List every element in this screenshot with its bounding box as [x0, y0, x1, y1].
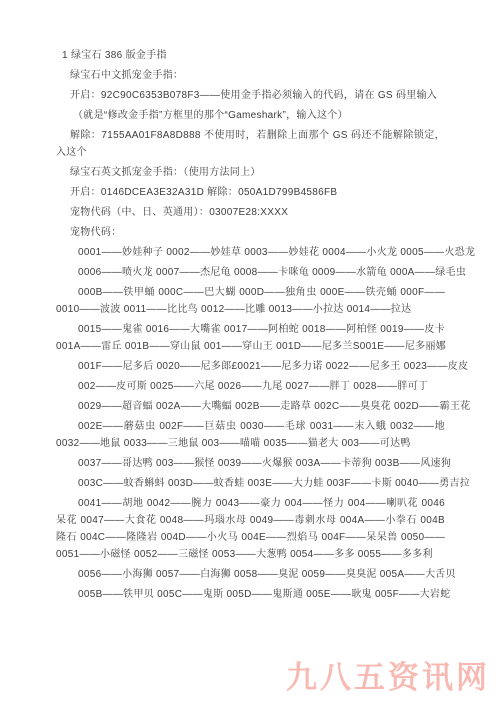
document-body: 1 绿宝石 386 版金手指绿宝石中文抓宠金手指：开启：92C90C6353B0… [56, 44, 445, 603]
text-line: 开启：0146DCEA3E32A31D 解除：050A1D799B4586FB [56, 184, 445, 201]
text-line: 入这个 [56, 144, 445, 161]
text-line: 解除：7155AA01F8A8D888 不使用时，若删除上面那个 GS 码还不能… [56, 127, 445, 144]
text-line: 002E——蘑菇虫 002F——巨菇虫 0030——毛球 0031——末入蛾 0… [56, 418, 445, 435]
text-line: 呆花 0047——大食花 0048——玛瑙水母 0049——毒刺水母 004A—… [56, 512, 445, 529]
text-line: 002——皮可斯 0025——六尾 0026——九尾 0027——胖丁 0028… [56, 378, 445, 395]
text-line: 0029——超音蝠 002A——大嘴蝠 002B——走路草 002C——臭臭花 … [56, 398, 445, 415]
text-line: 001F——尼多后 0020——尼多郎£0021——尼多力诺 0022——尼多王… [56, 358, 445, 375]
document-page: 1 绿宝石 386 版金手指绿宝石中文抓宠金手指：开启：92C90C6353B0… [0, 0, 500, 707]
text-line: 1 绿宝石 386 版金手指 [56, 47, 445, 64]
text-line: 隆石 004C——隆隆岩 004D——小火马 004E——烈焰马 004F——呆… [56, 529, 445, 546]
text-line: 绿宝石中文抓宠金手指： [56, 67, 445, 84]
text-line: 0015——鬼雀 0016——大嘴雀 0017——阿柏蛇 0018——阿柏怪 0… [56, 321, 445, 338]
text-line: 0041——胡地 0042——腕力 0043——豪力 004——怪力 004——… [56, 495, 445, 512]
text-line: 0006——喷火龙 0007——杰尼龟 0008——卡咪龟 0009——水箭龟 … [56, 264, 445, 281]
text-line: （就是“修改金手指”方框里的那个“Gameshark”，输入这个） [56, 107, 445, 124]
text-line: 001A——雷丘 001B——穿山鼠 001——穿山王 001D——尼多兰S00… [56, 338, 445, 355]
text-line: 绿宝石英文抓宠金手指：（使用方法同上） [56, 164, 445, 181]
text-line: 0056——小海狮 0057——白海狮 0058——臭泥 0059——臭臭泥 0… [56, 566, 445, 583]
text-line: 0037——哥达鸭 003——猴怪 0039——火爆猴 003A——卡蒂狗 00… [56, 455, 445, 472]
text-line: 000B——铁甲蛹 000C——巴大蝴 000D——独角虫 000E——铁壳蛹 … [56, 284, 445, 301]
text-line: 0010——波波 0011——比比鸟 0012——比雕 0013——小拉达 00… [56, 301, 445, 318]
text-line: 003C——蚊香蝌蚪 003D——蚊香蛙 003E——大力蛙 003F——卡斯 … [56, 475, 445, 492]
text-line: 宠物代码： [56, 224, 445, 241]
text-line: 宠物代码（中、日、英通用）：03007E28:XXXX [56, 204, 445, 221]
watermark: 九八五资讯网 [286, 652, 490, 697]
text-line: 0001——妙娃种子 0002——妙娃草 0003——妙娃花 0004——小火龙… [56, 244, 445, 261]
text-line: 开启：92C90C6353B078F3——使用金手指必须输入的代码，请在 GS … [56, 87, 445, 104]
text-line: 005B——铁甲贝 005C——鬼斯 005D——鬼斯通 005E——耿鬼 00… [56, 586, 445, 603]
text-line: 0032——地鼠 0033——三地鼠 003——喵喵 0035——猫老大 003… [56, 435, 445, 452]
text-line: 0051——小磁怪 0052——三磁怪 0053——大葱鸭 0054——多多 0… [56, 546, 445, 563]
